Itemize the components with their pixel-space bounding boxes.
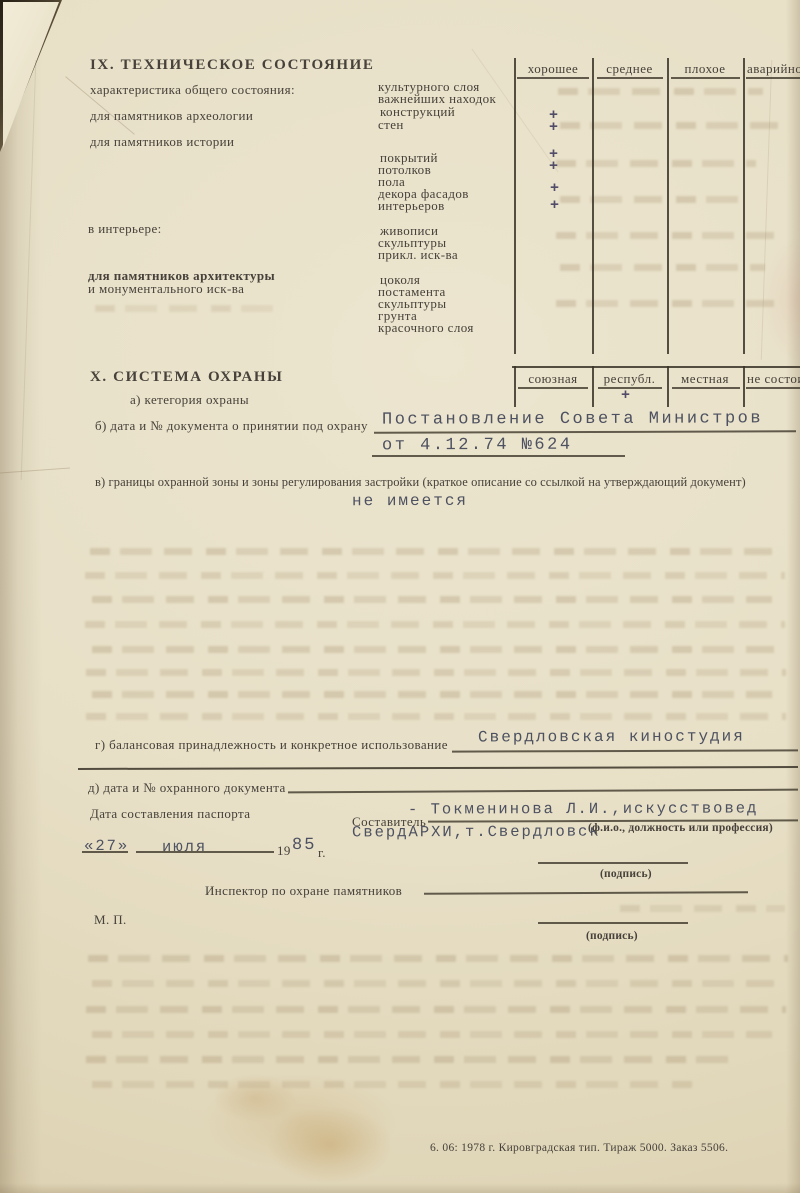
- label-balance-use: г) балансовая принадлежность и конкретно…: [95, 737, 448, 753]
- fill-in-line: [82, 851, 128, 853]
- label-guard-doc: д) дата и № охранного документа: [88, 780, 286, 796]
- col-header-union: союзная: [516, 371, 590, 387]
- printed-year-suffix: г.: [318, 845, 326, 861]
- bleedthrough-texture: [560, 196, 745, 203]
- bleedthrough-texture: [86, 1006, 786, 1013]
- bleedthrough-texture: [92, 691, 772, 698]
- bleedthrough-texture: [92, 596, 772, 603]
- header-underline: [671, 77, 740, 79]
- label-protection-zone: в) границы охранной зоны и зоны регулиро…: [95, 475, 746, 490]
- typed-zone-answer: не имеется: [352, 492, 468, 510]
- protection-mark-republic: +: [621, 391, 630, 401]
- label-interior: в интерьере:: [88, 221, 162, 237]
- col-header-emergency: аварийное: [747, 61, 800, 77]
- col-header-good: хорошее: [516, 61, 590, 77]
- col-header-bad: плохое: [669, 61, 741, 77]
- section-x-title: X. СИСТЕМА ОХРАНЫ: [90, 369, 283, 386]
- header-underline: [746, 387, 800, 389]
- fill-in-line: [374, 430, 796, 433]
- bleedthrough-texture: [556, 300, 786, 307]
- section-ix-title: IX. ТЕХНИЧЕСКОЕ СОСТОЯНИЕ: [90, 57, 375, 74]
- typed-compiler-org: СвердАРХИ,т.Свердловск: [352, 823, 601, 842]
- header-underline: [672, 387, 740, 389]
- bleedthrough-texture: [90, 548, 780, 555]
- typed-compiler-name: - Токменинова Л.И.,искусствовед: [408, 799, 758, 818]
- label-category: а) кетегория охраны: [130, 392, 249, 408]
- bleedthrough-texture: [560, 264, 765, 271]
- fill-in-line: [452, 749, 798, 752]
- label-inspector: Инспектор по охране памятников: [205, 883, 402, 899]
- table-x-vline: [743, 366, 745, 407]
- bleedthrough-texture: [86, 1056, 736, 1063]
- table-ix-vline: [514, 58, 516, 354]
- typed-protection-doc-line1: Постановление Совета Министров: [382, 409, 763, 429]
- item-walls: стен: [378, 117, 404, 133]
- scanned-monument-passport-page: IX. ТЕХНИЧЕСКОЕ СОСТОЯНИЕ характеристика…: [0, 0, 800, 1193]
- bleedthrough-texture: [86, 669, 786, 676]
- typed-date-year: 85: [292, 836, 316, 855]
- col-header-local: местная: [669, 371, 741, 387]
- label-archeology: для памятников археологии: [90, 108, 253, 124]
- header-underline: [597, 77, 663, 79]
- typed-balance-use: Свердловская киностудия: [478, 728, 745, 747]
- table-x-topline: [512, 366, 800, 368]
- paper-edge-highlight: [3, 2, 59, 148]
- bleedthrough-texture: [88, 955, 788, 962]
- signature-line: [538, 922, 688, 924]
- bleedthrough-texture: [85, 621, 785, 628]
- bleedthrough-texture: [556, 232, 786, 239]
- condition-mark-walls: +: [549, 123, 558, 133]
- header-underline: [746, 77, 800, 79]
- section-divider-line: [78, 766, 798, 770]
- printed-year-prefix: 19: [277, 843, 291, 859]
- paper-crease: [761, 60, 772, 360]
- print-shop-imprint: 6. 06: 1978 г. Кировградская тип. Тираж …: [430, 1142, 728, 1154]
- bleedthrough-texture: [92, 980, 782, 987]
- bleedthrough-texture: [620, 905, 785, 912]
- item-applied-art: прикл. иск-ва: [378, 247, 458, 263]
- col-header-medium: среднее: [594, 61, 665, 77]
- fill-in-line: [372, 455, 625, 457]
- item-interiors: интерьеров: [378, 198, 445, 214]
- condition-mark-ceilings: +: [549, 162, 558, 172]
- signature-line: [538, 862, 688, 864]
- fill-in-line: [136, 851, 274, 853]
- label-passport-date: Дата составления паспорта: [90, 806, 250, 822]
- table-ix-vline: [743, 58, 745, 354]
- bleedthrough-texture: [86, 713, 786, 720]
- header-underline: [517, 77, 589, 79]
- table-ix-vline: [592, 58, 594, 354]
- bleedthrough-texture: [92, 1031, 772, 1038]
- condition-mark-interiors: +: [550, 201, 559, 211]
- typed-date-month: июля: [162, 838, 207, 856]
- item-paint-layer: красочного слоя: [378, 320, 474, 336]
- label-stamp-place: М. П.: [94, 912, 127, 928]
- bleedthrough-texture: [92, 1081, 692, 1088]
- header-underline: [598, 387, 662, 389]
- bleedthrough-texture: [95, 305, 285, 312]
- table-ix-vline: [667, 58, 669, 354]
- label-architecture-2: и монументального иск-ва: [88, 281, 244, 297]
- col-header-not-listed: не состоит: [747, 371, 800, 387]
- hint-fio: (ф.и.о., должность или профессия): [588, 822, 773, 834]
- paper-crease: [0, 468, 70, 474]
- bleedthrough-texture: [92, 646, 780, 653]
- hint-signature-1: (подпись): [600, 868, 652, 880]
- hint-signature-2: (подпись): [586, 930, 638, 942]
- label-history: для памятников истории: [90, 134, 234, 150]
- bleedthrough-texture: [556, 160, 756, 167]
- label-general-condition: характеристика общего состояния:: [90, 82, 295, 98]
- header-underline: [518, 387, 588, 389]
- label-protection-doc: б) дата и № документа о принятии под охр…: [95, 418, 368, 434]
- bleedthrough-texture: [558, 88, 763, 95]
- condition-mark-facade-decor: +: [550, 184, 559, 194]
- col-header-republic: республ.: [594, 371, 665, 387]
- fill-in-line: [288, 789, 798, 793]
- typed-protection-doc-line2: от 4.12.74 №624: [382, 436, 573, 456]
- paper-crease: [21, 60, 37, 480]
- fill-in-line: [424, 891, 748, 894]
- bleedthrough-texture: [85, 572, 785, 579]
